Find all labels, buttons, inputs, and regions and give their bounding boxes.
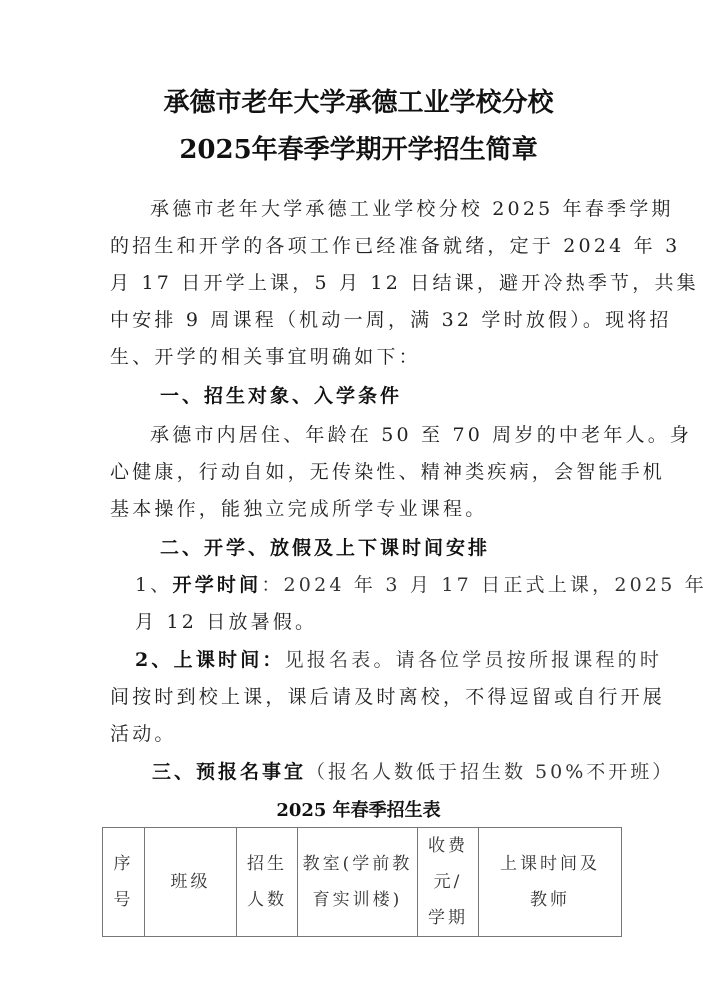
header-cell-enrollment-count: 招生 人数 bbox=[237, 828, 298, 937]
header-cell-classroom: 教室(学前教 育实训楼) bbox=[298, 828, 418, 937]
section3-note: （报名人数低于招生数 50%不开班） bbox=[306, 761, 674, 783]
item1-prefix: 1、 bbox=[135, 574, 173, 596]
header-cell-index: 序 号 bbox=[103, 828, 145, 937]
section1-line-2: 心健康，行动自如，无传染性、精神类疾病，会智能手机 bbox=[110, 460, 612, 484]
item1-label: 开学时间 bbox=[173, 574, 262, 596]
section2-item1-line1: 1、开学时间：2024 年 3 月 17 日正式上课，2025 年 5 bbox=[135, 573, 615, 597]
section3-heading-row: 三、预报名事宜（报名人数低于招生数 50%不开班） bbox=[152, 760, 674, 784]
enrollment-table: 序 号 班级 招生 人数 教室(学前教 育实训楼) 收费元/ 学期 上课时间及 … bbox=[102, 827, 622, 937]
section3-heading: 三、预报名事宜 bbox=[152, 761, 306, 783]
intro-line-1: 承德市老年大学承德工业学校分校 2025 年春季学期 bbox=[150, 197, 612, 221]
section1-heading: 一、招生对象、入学条件 bbox=[160, 384, 402, 408]
header-cell-schedule-teacher: 上课时间及 教师 bbox=[479, 828, 622, 937]
section2-item1-line2: 月 12 日放暑假。 bbox=[135, 610, 637, 634]
section2-item2-line2: 间按时到校上课，课后请及时离校，不得逗留或自行开展 bbox=[110, 685, 612, 709]
item2-label: 上课时间： bbox=[174, 649, 285, 671]
table-header-row: 序 号 班级 招生 人数 教室(学前教 育实训楼) 收费元/ 学期 上课时间及 … bbox=[103, 828, 622, 937]
intro-line-3: 月 17 日开学上课，5 月 12 日结课，避开冷热季节，共集 bbox=[110, 271, 612, 295]
section2-item2-line1: 2、上课时间：见报名表。请各位学员按所报课程的时 bbox=[135, 648, 615, 672]
section1-line-3: 基本操作，能独立完成所学专业课程。 bbox=[110, 497, 612, 521]
item2-text1: 见报名表。请各位学员按所报课程的时 bbox=[285, 649, 662, 671]
header-cell-fee: 收费元/ 学期 bbox=[418, 828, 479, 937]
doc-title-line2: 2025年春季学期开学招生简章 bbox=[0, 129, 717, 166]
document-page: 承德市老年大学承德工业学校分校 2025年春季学期开学招生简章 承德市老年大学承… bbox=[0, 0, 717, 1000]
item2-prefix: 2、 bbox=[135, 649, 174, 671]
intro-line-4: 中安排 9 周课程（机动一周，满 32 学时放假）。现将招 bbox=[110, 308, 612, 332]
item1-text1: 2024 年 3 月 17 日正式上课，2025 年 5 bbox=[284, 574, 717, 596]
header-cell-class: 班级 bbox=[145, 828, 237, 937]
doc-title-line1: 承德市老年大学承德工业学校分校 bbox=[0, 82, 717, 119]
section2-item2-line3: 活动。 bbox=[110, 722, 612, 746]
intro-line-2: 的招生和开学的各项工作已经准备就绪，定于 2024 年 3 bbox=[110, 234, 612, 258]
intro-line-5: 生、开学的相关事宜明确如下： bbox=[110, 345, 612, 369]
table-caption: 2025 年春季招生表 bbox=[0, 796, 717, 822]
section1-line-1: 承德市内居住、年龄在 50 至 70 周岁的中老年人。身 bbox=[150, 423, 612, 447]
item1-colon: ： bbox=[261, 574, 283, 596]
section2-heading: 二、开学、放假及上下课时间安排 bbox=[160, 536, 490, 560]
